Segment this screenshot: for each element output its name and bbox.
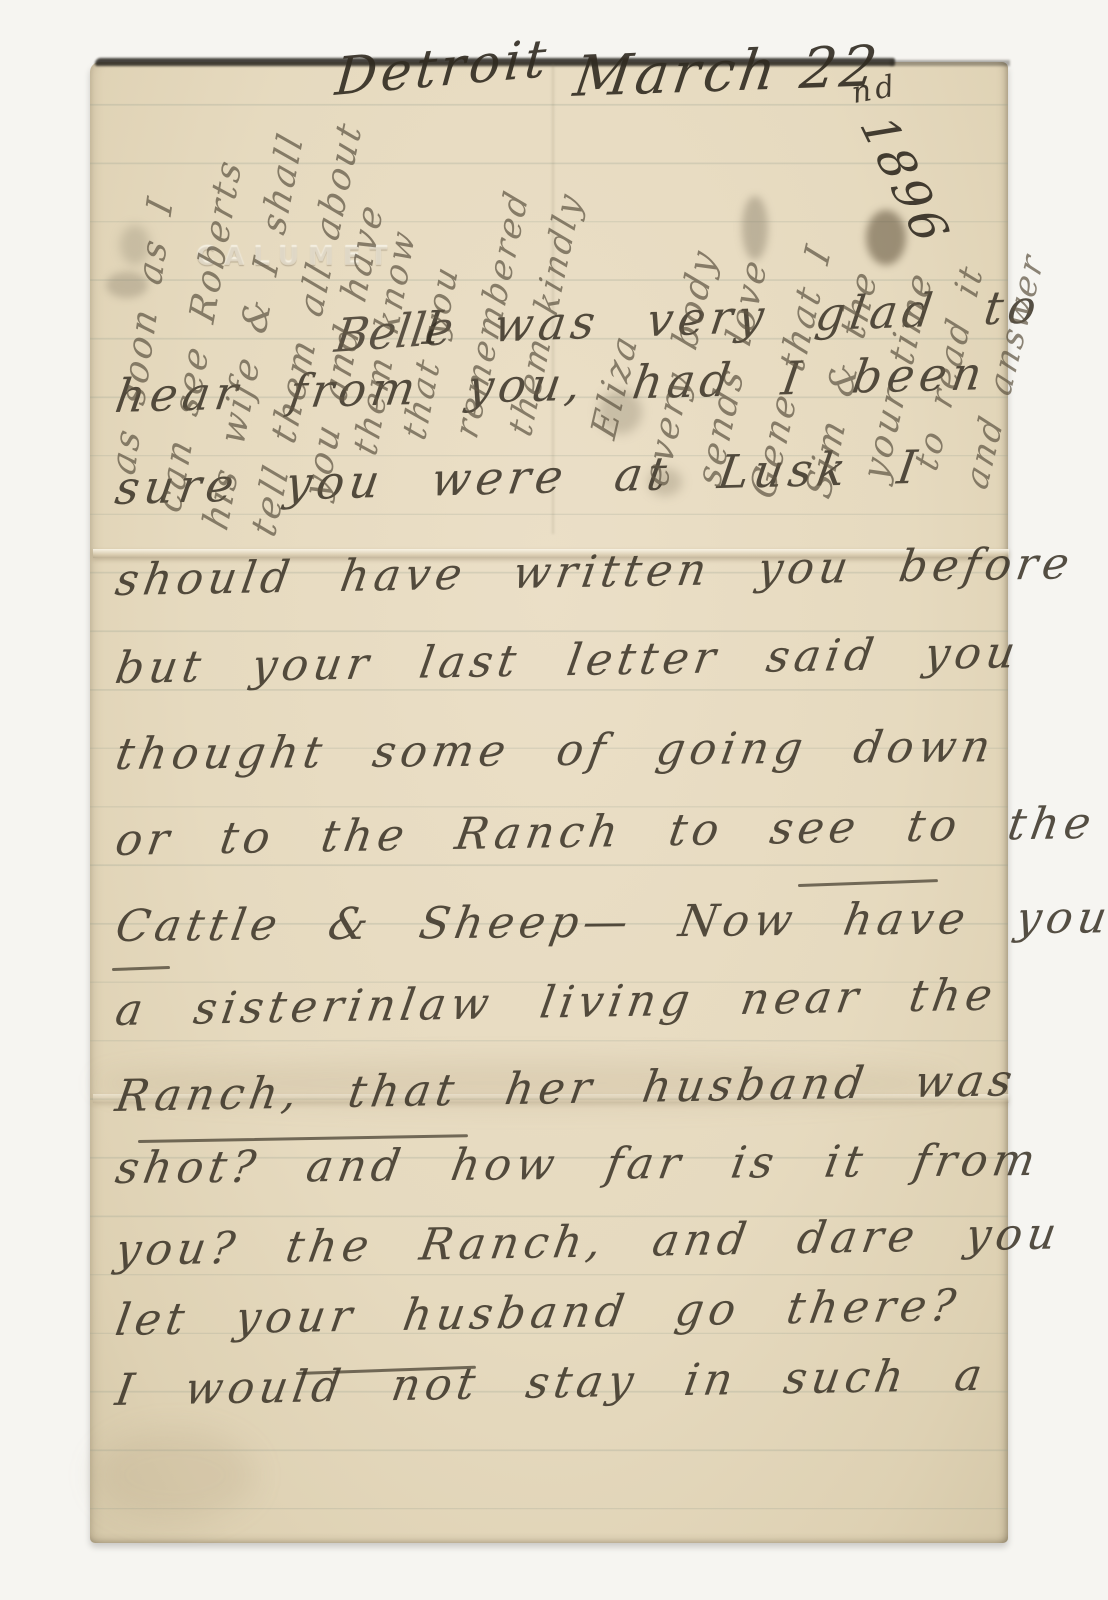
ink-stain — [95, 1430, 255, 1520]
letter-scan: CALUMET Detroit March 22 nd 1896 Belle I… — [0, 0, 1108, 1600]
dateline-month-day: March 22 — [570, 37, 884, 108]
body-line: shot? and how far is it from — [112, 1136, 1044, 1194]
paper-top-edge-faded — [890, 60, 1010, 66]
body-line: Cattle & Sheep— Now have you — [112, 893, 1108, 952]
body-line: thought some of going down — [112, 722, 999, 780]
dateline-ordinal: nd — [849, 70, 900, 110]
ink-stain — [742, 196, 768, 260]
